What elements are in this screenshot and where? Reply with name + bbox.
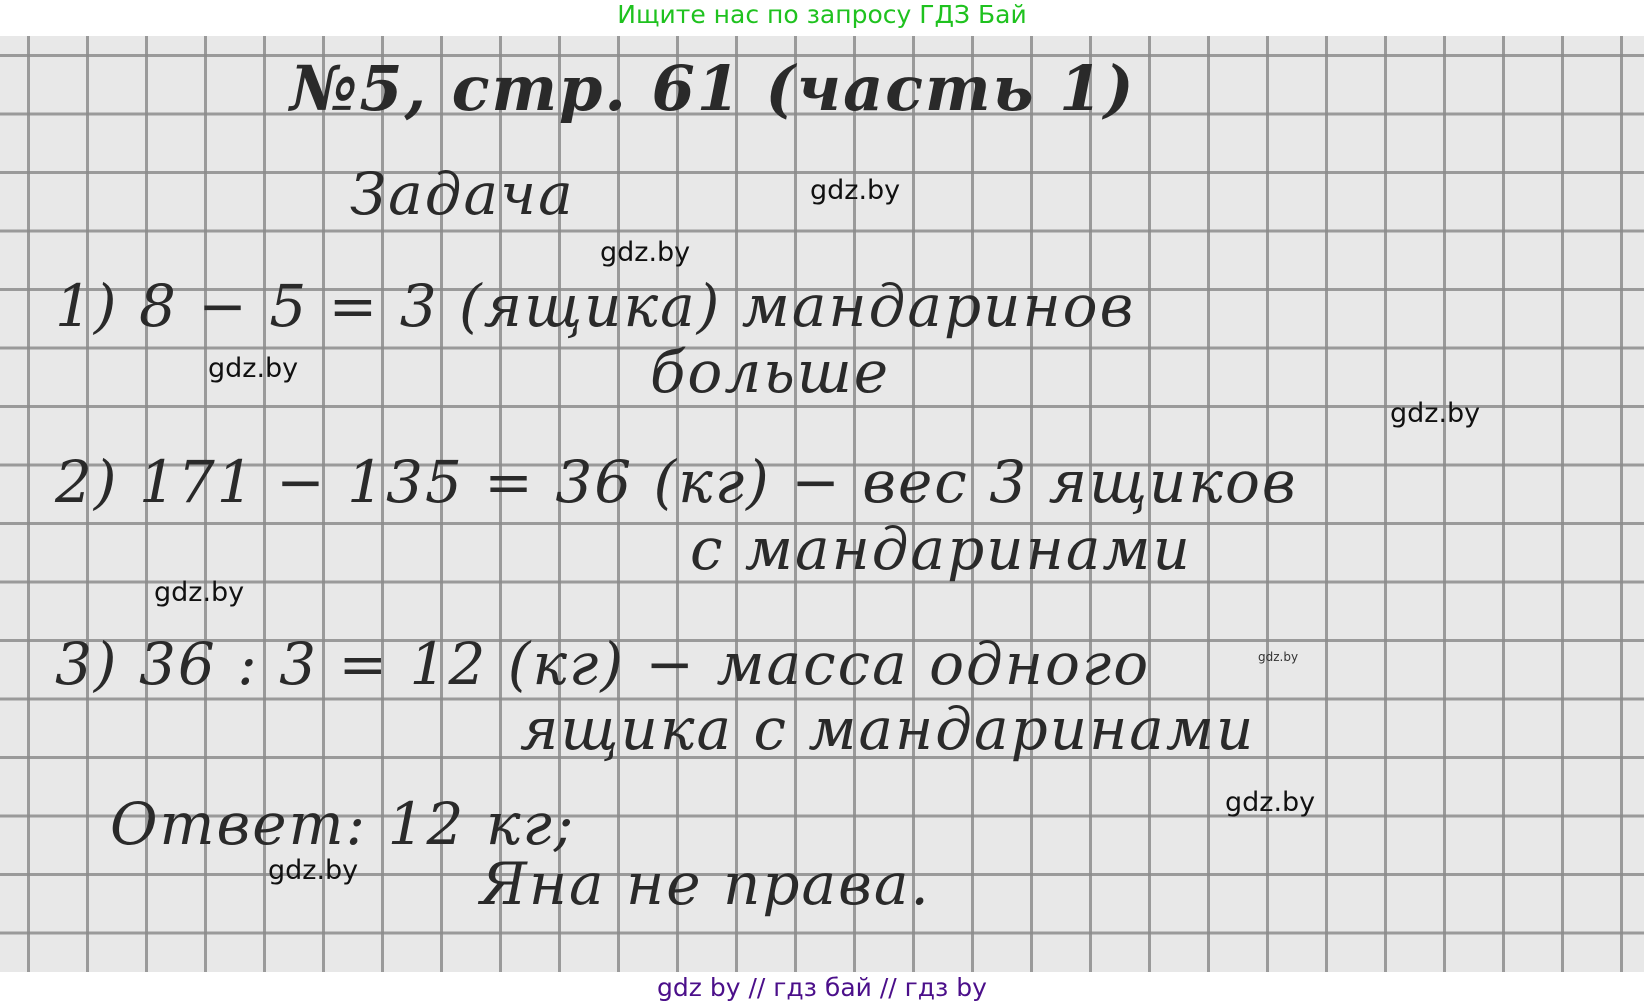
top-banner[interactable]: Ищите нас по запросу ГДЗ Бай <box>0 0 1644 34</box>
watermark: gdz.by <box>268 855 358 886</box>
banner-text[interactable]: Ищите нас по запросу ГДЗ Бай <box>617 0 1026 29</box>
watermark: gdz.by <box>208 353 298 384</box>
watermark: gdz.by <box>1390 398 1480 429</box>
watermark: gdz.by <box>1225 787 1315 818</box>
watermark: gdz.by <box>600 237 690 268</box>
step-3-line-2: ящика с мандаринами <box>520 695 1255 763</box>
watermark: gdz.by <box>1258 650 1298 664</box>
watermark: gdz.by <box>154 577 244 608</box>
step-1-line-2: больше <box>650 338 890 406</box>
watermark: gdz.by <box>810 175 900 206</box>
answer-line-1: Ответ: 12 кг; <box>110 790 575 858</box>
footer[interactable]: gdz by // гдз бай // гдз by <box>0 970 1644 1006</box>
step-2-line-2: с мандаринами <box>690 515 1192 583</box>
footer-links[interactable]: gdz by // гдз бай // гдз by <box>657 973 987 1002</box>
step-1-line-1: 1) 8 − 5 = 3 (ящика) мандаринов <box>55 272 1135 340</box>
step-3-line-1: 3) 36 : 3 = 12 (кг) − масса одного <box>55 630 1150 698</box>
task-title: №5, стр. 61 (часть 1) <box>290 52 1136 125</box>
task-subtitle: Задача <box>350 160 575 228</box>
step-2-line-1: 2) 171 − 135 = 36 (кг) − вес 3 ящиков <box>55 448 1298 516</box>
answer-line-2: Яна не права. <box>480 850 931 918</box>
